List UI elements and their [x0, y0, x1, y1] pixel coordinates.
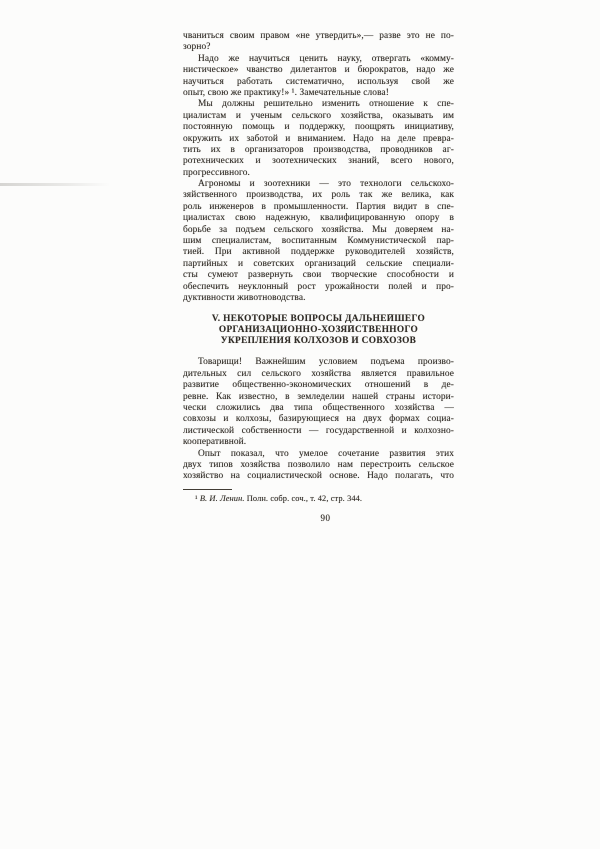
text-line: УКРЕПЛЕНИЯ КОЛХОЗОВ И СОВХОЗОВ	[183, 336, 454, 347]
text-line: опыт, свою же практику!» ¹. Замечательны…	[183, 88, 454, 99]
text-line: дуктивности животноводства.	[183, 293, 454, 304]
paragraph: Мы должны решительно изменить отношение …	[183, 99, 454, 179]
text-line: роль инженеров в промышленности. Партия …	[183, 202, 454, 213]
text-line: научиться работать систематично, использ…	[183, 77, 454, 88]
text-line: дительных сил сельского хозяйства являет…	[183, 369, 454, 380]
text-line: двух типов хозяйства позволило нам перес…	[183, 460, 454, 471]
footnote: ¹ В. И. Ленин. Полн. собр. соч., т. 42, …	[183, 494, 454, 504]
footnote-source: Полн. собр. соч., т. 42, стр. 344.	[245, 494, 363, 503]
paragraph: Агрономы и зоотехники — это технологи се…	[183, 179, 454, 304]
text-line: Мы должны решительно изменить отношение …	[183, 99, 454, 110]
paragraph: чваниться своим правом «не утвердить»,— …	[183, 31, 454, 54]
text-line: прогрессивного.	[183, 168, 454, 179]
text-line: Агрономы и зоотехники — это технологи се…	[183, 179, 454, 190]
text-line: Товарищи! Важнейшим условием подъема про…	[183, 357, 454, 368]
text-line: тить их в организаторов производства, пр…	[183, 145, 454, 156]
text-line: Опыт показал, что умелое сочетание разви…	[183, 449, 454, 460]
text-line: шим специалистам, воспитанным Коммунисти…	[183, 236, 454, 247]
text-line: циалистам и ученым сельского хозяйства, …	[183, 111, 454, 122]
text-line: постоянную помощь и поддержку, поощрять …	[183, 122, 454, 133]
text-block: чваниться своим правом «не утвердить»,— …	[183, 31, 454, 523]
paragraph: Товарищи! Важнейшим условием подъема про…	[183, 357, 454, 448]
text-line: циалистах свою надежную, квалифицированн…	[183, 213, 454, 224]
scan-smudge-artifact	[0, 183, 110, 186]
text-line: хозяйство на социалистической основе. На…	[183, 471, 454, 482]
page-number: 90	[183, 513, 454, 523]
text-line: зяйственного производства, их роль так ж…	[183, 190, 454, 201]
text-line: зорно?	[183, 42, 454, 53]
text-line: совхозы и колхозы, базирующиеся на двух …	[183, 414, 454, 425]
paragraph: Надо же научиться ценить науку, отвергат…	[183, 54, 454, 100]
text-line: обеспечить неуклонный рост урожайности п…	[183, 282, 454, 293]
text-line: тией. При активной поддержке руководител…	[183, 247, 454, 258]
scanned-book-page: чваниться своим правом «не утвердить»,— …	[0, 0, 600, 849]
text-line: окружить их заботой и вниманием. Надо на…	[183, 134, 454, 145]
text-line: чески сложились два типа общественного х…	[183, 403, 454, 414]
paragraph: Опыт показал, что умелое сочетание разви…	[183, 449, 454, 483]
text-line: нистическое» чванство дилетантов и бюрок…	[183, 65, 454, 76]
text-line: V. НЕКОТОРЫЕ ВОПРОСЫ ДАЛЬНЕЙШЕГО	[183, 314, 454, 325]
text-line: развитие общественно-экономических отнош…	[183, 380, 454, 391]
text-line: ревне. Как известно, в земледелии нашей …	[183, 392, 454, 403]
text-line: Надо же научиться ценить науку, отвергат…	[183, 54, 454, 65]
text-line: листической собственности — государствен…	[183, 426, 454, 437]
text-line: сты сумеют развернуть свои творческие сп…	[183, 270, 454, 281]
text-line: кооперативной.	[183, 437, 454, 448]
text-line: борьбе за подъем сельского хозяйства. Мы…	[183, 225, 454, 236]
text-line: чваниться своим правом «не утвердить»,— …	[183, 31, 454, 42]
footnote-divider	[183, 489, 232, 490]
section-heading: V. НЕКОТОРЫЕ ВОПРОСЫ ДАЛЬНЕЙШЕГООРГАНИЗА…	[183, 314, 454, 347]
footnote-author: В. И. Ленин.	[200, 494, 245, 503]
text-line: ОРГАНИЗАЦИОННО-ХОЗЯЙСТВЕННОГО	[183, 325, 454, 336]
text-line: партийных и советских организаций сельск…	[183, 259, 454, 270]
text-line: ротехнических и зоотехнических знаний, в…	[183, 156, 454, 167]
